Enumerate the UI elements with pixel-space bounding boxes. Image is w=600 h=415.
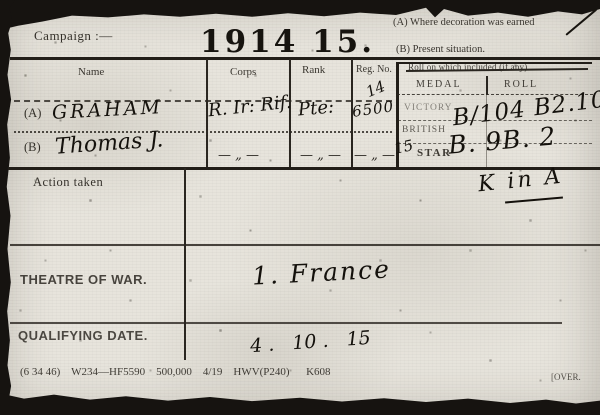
column-header-rank: Rank (302, 64, 325, 76)
torn-edge-bottom (0, 391, 600, 415)
star-medal-label: STAR (417, 147, 452, 159)
theatre-of-war-handwritten: 1. France (251, 254, 391, 290)
column-divider-corps-rank (289, 59, 291, 167)
british-medal-label: BRITISH (402, 125, 446, 135)
star-prefix-handwritten: 15 (392, 136, 414, 158)
medal-index-card: Campaign :— 1914 15. (A) Where decoratio… (0, 0, 600, 415)
medal-roll-divider (486, 76, 488, 95)
action-taken-label: Action taken (33, 175, 103, 190)
rule-under-action (10, 244, 600, 246)
ditto-rank: — „ — (300, 148, 341, 163)
column-divider-name-corps (206, 59, 208, 167)
roll-column-header: ROLL (504, 79, 538, 90)
medal-column-header: MEDAL (416, 79, 462, 90)
victory-medal-label: VICTORY (404, 103, 453, 113)
column-header-corps: Corps (230, 66, 256, 78)
where-decoration-earned-label: (A) Where decoration was earned (393, 17, 534, 28)
column-header-reg-no: Reg. No. (356, 64, 392, 75)
printer-code: (6 34 46) W234—HF5590 500,000 4/19 HWV(P… (20, 366, 331, 378)
rank-handwritten: Pte: (297, 96, 335, 120)
surname-handwritten: GRAHAM (52, 96, 164, 124)
rule-under-theatre (10, 322, 562, 324)
present-situation-label: (B) Present situation. (396, 44, 485, 55)
killed-in-action-underline (505, 196, 563, 203)
over-label: [OVER. (551, 372, 581, 382)
row-b-label: (B) (24, 140, 41, 155)
corps-handwritten: R. Ir: Rif. (207, 92, 292, 122)
row-a-label: (A) (24, 106, 41, 121)
qualifying-date-label: QUALIFYING DATE. (18, 328, 148, 343)
lower-section-divider (184, 168, 186, 360)
torn-edge-left (0, 0, 15, 415)
campaign-value: 1914 15. (200, 24, 375, 60)
rule-under-campaign (10, 57, 600, 60)
qualifying-date-handwritten: 4 . 10 . 15 (249, 327, 371, 357)
campaign-label: Campaign :— (34, 28, 113, 44)
ditto-reg-no: — „ — (354, 148, 395, 163)
ditto-corps: — „ — (218, 148, 259, 163)
theatre-of-war-label: THEATRE OF WAR. (20, 272, 147, 287)
column-header-name: Name (78, 66, 104, 78)
